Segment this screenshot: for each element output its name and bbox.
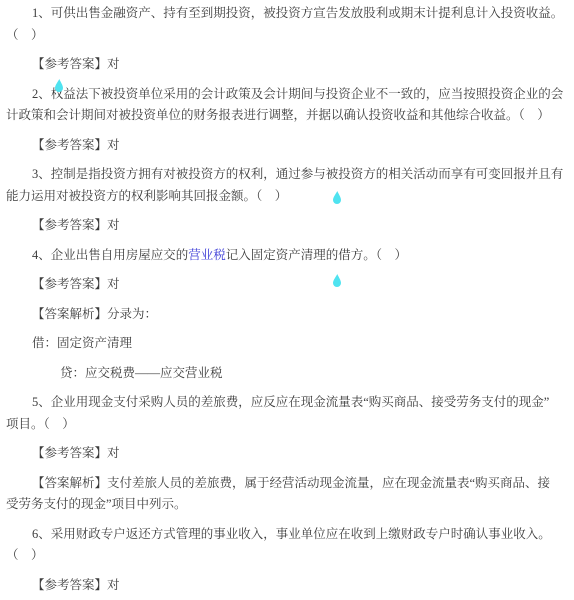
- question-1-line-2: （ ）: [6, 25, 568, 47]
- question-3-line-2: 能力运用对被投资方的权利影响其回报金额。（ ）: [6, 186, 568, 208]
- reference-answer-1: 【参考答案】对: [6, 54, 568, 76]
- question-6-line-2: （ ）: [6, 545, 568, 567]
- text-selection-handle-icon[interactable]: [333, 274, 341, 287]
- answer-analysis-5-line-1: 【答案解析】支付差旅人员的差旅费，属于经营活动现金流量，应在现金流量表“购买商品…: [6, 473, 568, 495]
- question-5-line-1: 5、企业用现金支付采购人员的差旅费，应反应在现金流量表“购买商品、接受劳务支付的…: [6, 392, 568, 414]
- journal-entry-credit: 贷：应交税费——应交营业税: [6, 363, 568, 385]
- text-selection-handle-icon[interactable]: [333, 191, 341, 204]
- answer-analysis-5-line-2: 受劳务支付的现金”项目中列示。: [6, 494, 568, 516]
- question-2-line-1: 2、权益法下被投资单位采用的会计政策及会计期间与投资企业不一致的，应当按照投资企…: [6, 84, 568, 106]
- reference-answer-6: 【参考答案】对: [6, 575, 568, 597]
- reference-answer-5: 【参考答案】对: [6, 443, 568, 465]
- question-6-line-1: 6、采用财政专户返还方式管理的事业收入，事业单位应在收到上缴财政专户时确认事业收…: [6, 524, 568, 546]
- reference-answer-4: 【参考答案】对: [6, 274, 568, 296]
- reference-answer-2: 【参考答案】对: [6, 135, 568, 157]
- journal-entry-debit: 借：固定资产清理: [6, 333, 568, 355]
- question-4-text-pre: 4、企业出售自用房屋应交的: [32, 248, 188, 262]
- answer-analysis-4-heading: 【答案解析】分录为：: [6, 304, 568, 326]
- reference-answer-3: 【参考答案】对: [6, 215, 568, 237]
- question-5-line-2: 项目。（ ）: [6, 414, 568, 436]
- question-3-line-1: 3、控制是指投资方拥有对被投资方的权利，通过参与被投资方的相关活动而享有可变回报…: [6, 164, 568, 186]
- text-selection-handle-icon[interactable]: [55, 79, 63, 92]
- question-1-line-1: 1、可供出售金融资产、持有至到期投资，被投资方宣告发放股利或期末计提利息计入投资…: [6, 3, 568, 25]
- question-2-line-2: 计政策和会计期间对被投资单位的财务报表进行调整，并据以确认投资收益和其他综合收益…: [6, 105, 568, 127]
- question-4-line: 4、企业出售自用房屋应交的营业税记入固定资产清理的借方。（ ）: [6, 245, 568, 267]
- document-page: 1、可供出售金融资产、持有至到期投资，被投资方宣告发放股利或期末计提利息计入投资…: [0, 0, 574, 596]
- business-tax-term-link[interactable]: 营业税: [188, 248, 226, 262]
- question-4-text-post: 记入固定资产清理的借方。（ ）: [226, 248, 407, 262]
